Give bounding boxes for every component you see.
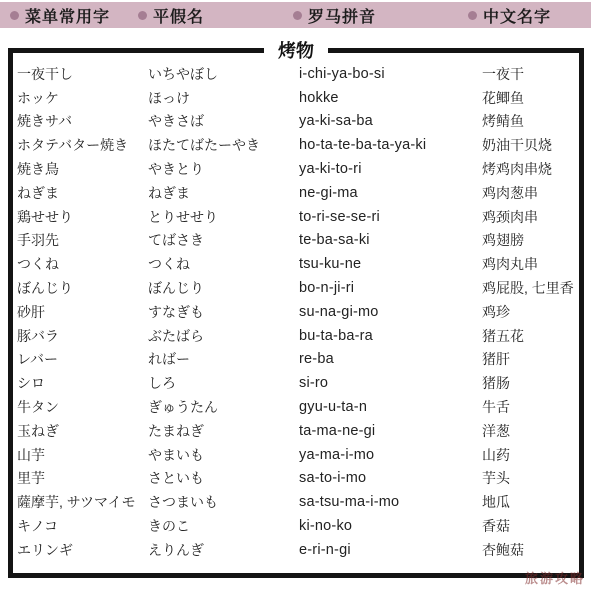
table-row: 豚バラ ぶたばら bu-ta-ba-ra 猪五花 — [17, 324, 579, 348]
cell-chinese: 鸡肉葱串 — [482, 183, 579, 203]
table-row: 焼きサバ やきさば ya-ki-sa-ba 烤鲭鱼 — [17, 110, 579, 134]
cell-hiragana: えりんぎ — [148, 540, 299, 560]
legend-bullet-icon — [293, 11, 302, 20]
table-row: キノコ きのこ ki-no-ko 香菇 — [17, 514, 579, 538]
cell-hiragana: ればー — [148, 349, 299, 369]
cell-chinese: 芋头 — [482, 468, 579, 488]
cell-hiragana: ねぎま — [148, 183, 299, 203]
legend-bullet-icon — [138, 11, 147, 20]
cell-hiragana: いちやぼし — [148, 64, 299, 84]
cell-chinese: 牛舌 — [482, 397, 579, 417]
cell-hiragana: さつまいも — [148, 492, 299, 512]
cell-romaji: re-ba — [299, 351, 482, 367]
cell-chinese: 烤鸡肉串烧 — [482, 159, 579, 179]
cell-hiragana: しろ — [148, 373, 299, 393]
cell-japanese: ホタテバター焼き — [17, 135, 148, 155]
cell-hiragana: たまねぎ — [148, 421, 299, 441]
cell-chinese: 鸡肉丸串 — [482, 254, 579, 274]
table-row: 鶏せせり とりせせり to-ri-se-se-ri 鸡颈肉串 — [17, 205, 579, 229]
table-row: 手羽先 てばさき te-ba-sa-ki 鸡翅膀 — [17, 229, 579, 253]
cell-japanese: 手羽先 — [17, 230, 148, 250]
cell-japanese: シロ — [17, 373, 148, 393]
cell-hiragana: ほっけ — [148, 88, 299, 108]
table-row: つくね つくね tsu-ku-ne 鸡肉丸串 — [17, 252, 579, 276]
cell-hiragana: ぶたばら — [148, 326, 299, 346]
page: 菜单常用字 平假名 罗马拼音 中文名字 烤物 一夜干し いちやぼし i-chi-… — [0, 0, 591, 589]
cell-chinese: 奶油干贝烧 — [482, 135, 579, 155]
legend-item-jp-word: 菜单常用字 — [10, 2, 110, 28]
cell-japanese: 山芋 — [17, 445, 148, 465]
table-row: 玉ねぎ たまねぎ ta-ma-ne-gi 洋葱 — [17, 419, 579, 443]
table-row: シロ しろ si-ro 猪肠 — [17, 371, 579, 395]
cell-romaji: sa-tsu-ma-i-mo — [299, 494, 482, 510]
cell-romaji: ya-ma-i-mo — [299, 447, 482, 463]
cell-japanese: 焼きサバ — [17, 111, 148, 131]
cell-hiragana: さといも — [148, 468, 299, 488]
cell-romaji: hokke — [299, 90, 482, 106]
legend-label: 罗马拼音 — [308, 4, 376, 27]
legend-item-hiragana: 平假名 — [138, 2, 204, 28]
cell-japanese: 薩摩芋, サツマイモ — [17, 492, 148, 512]
cell-japanese: ホッケ — [17, 88, 148, 108]
legend-label: 中文名字 — [483, 4, 551, 27]
cell-romaji: si-ro — [299, 375, 482, 391]
cell-chinese: 鸡珍 — [482, 302, 579, 322]
cell-romaji: bu-ta-ba-ra — [299, 328, 482, 344]
cell-chinese: 鸡屁股, 七里香 — [482, 278, 579, 298]
cell-chinese: 猪五花 — [482, 326, 579, 346]
cell-romaji: ya-ki-to-ri — [299, 161, 482, 177]
table-row: 砂肝 すなぎも su-na-gi-mo 鸡珍 — [17, 300, 579, 324]
grilled-items-box: 烤物 一夜干し いちやぼし i-chi-ya-bo-si 一夜干 ホッケ ほっけ… — [8, 48, 584, 578]
table-row: レバー ればー re-ba 猪肝 — [17, 348, 579, 372]
cell-romaji: te-ba-sa-ki — [299, 232, 482, 248]
cell-romaji: ya-ki-sa-ba — [299, 113, 482, 129]
cell-chinese: 洋葱 — [482, 421, 579, 441]
table-row: ぼんじり ぼんじり bo-n-ji-ri 鸡屁股, 七里香 — [17, 276, 579, 300]
cell-romaji: i-chi-ya-bo-si — [299, 66, 482, 82]
cell-japanese: レバー — [17, 349, 148, 369]
cell-hiragana: やきさば — [148, 111, 299, 131]
cell-chinese: 猪肝 — [482, 349, 579, 369]
cell-hiragana: とりせせり — [148, 207, 299, 227]
cell-hiragana: ぼんじり — [148, 278, 299, 298]
cell-romaji: ne-gi-ma — [299, 185, 482, 201]
cell-hiragana: やまいも — [148, 445, 299, 465]
cell-chinese: 烤鲭鱼 — [482, 111, 579, 131]
table-row: 一夜干し いちやぼし i-chi-ya-bo-si 一夜干 — [17, 62, 579, 86]
cell-japanese: 豚バラ — [17, 326, 148, 346]
cell-japanese: 里芋 — [17, 468, 148, 488]
cell-chinese: 鸡翅膀 — [482, 230, 579, 250]
table-row: 焼き鳥 やきとり ya-ki-to-ri 烤鸡肉串烧 — [17, 157, 579, 181]
cell-japanese: キノコ — [17, 516, 148, 536]
cell-japanese: ぼんじり — [17, 278, 148, 298]
cell-chinese: 杏鲍菇 — [482, 540, 579, 560]
cell-romaji: ki-no-ko — [299, 518, 482, 534]
cell-hiragana: ぎゅうたん — [148, 397, 299, 417]
cell-japanese: 砂肝 — [17, 302, 148, 322]
cell-hiragana: やきとり — [148, 159, 299, 179]
cell-hiragana: つくね — [148, 254, 299, 274]
cell-romaji: ta-ma-ne-gi — [299, 423, 482, 439]
cell-japanese: 焼き鳥 — [17, 159, 148, 179]
table-row: ホッケ ほっけ hokke 花鲫鱼 — [17, 86, 579, 110]
table-row: 牛タン ぎゅうたん gyu-u-ta-n 牛舌 — [17, 395, 579, 419]
cell-romaji: bo-n-ji-ri — [299, 280, 482, 296]
cell-japanese: 玉ねぎ — [17, 421, 148, 441]
cell-japanese: エリンギ — [17, 540, 148, 560]
table-row: 里芋 さといも sa-to-i-mo 芋头 — [17, 467, 579, 491]
cell-romaji: su-na-gi-mo — [299, 304, 482, 320]
cell-chinese: 花鲫鱼 — [482, 88, 579, 108]
legend-bullet-icon — [10, 11, 19, 20]
table-row: エリンギ えりんぎ e-ri-n-gi 杏鲍菇 — [17, 538, 579, 562]
cell-chinese: 一夜干 — [482, 64, 579, 84]
cell-japanese: 一夜干し — [17, 64, 148, 84]
table-row: ねぎま ねぎま ne-gi-ma 鸡肉葱串 — [17, 181, 579, 205]
cell-hiragana: ほたてばたーやき — [148, 135, 299, 155]
legend-bar: 菜单常用字 平假名 罗马拼音 中文名字 — [0, 2, 591, 28]
legend-item-romaji: 罗马拼音 — [293, 2, 376, 28]
cell-chinese: 鸡颈肉串 — [482, 207, 579, 227]
cell-japanese: ねぎま — [17, 183, 148, 203]
table-row: 山芋 やまいも ya-ma-i-mo 山药 — [17, 443, 579, 467]
cell-japanese: つくね — [17, 254, 148, 274]
cell-romaji: e-ri-n-gi — [299, 542, 482, 558]
table-row: 薩摩芋, サツマイモ さつまいも sa-tsu-ma-i-mo 地瓜 — [17, 490, 579, 514]
cell-romaji: to-ri-se-se-ri — [299, 209, 482, 225]
watermark: 旅游攻略 — [525, 568, 585, 587]
legend-item-chinese-name: 中文名字 — [468, 2, 551, 28]
cell-hiragana: てばさき — [148, 230, 299, 250]
table-body: 一夜干し いちやぼし i-chi-ya-bo-si 一夜干 ホッケ ほっけ ho… — [13, 53, 579, 562]
cell-romaji: gyu-u-ta-n — [299, 399, 482, 415]
legend-bullet-icon — [468, 11, 477, 20]
cell-hiragana: すなぎも — [148, 302, 299, 322]
legend-label: 菜单常用字 — [25, 4, 110, 27]
cell-hiragana: きのこ — [148, 516, 299, 536]
cell-japanese: 鶏せせり — [17, 207, 148, 227]
table-row: ホタテバター焼き ほたてばたーやき ho-ta-te-ba-ta-ya-ki 奶… — [17, 133, 579, 157]
cell-romaji: tsu-ku-ne — [299, 256, 482, 272]
cell-romaji: ho-ta-te-ba-ta-ya-ki — [299, 137, 482, 153]
cell-chinese: 香菇 — [482, 516, 579, 536]
cell-chinese: 地瓜 — [482, 492, 579, 512]
cell-chinese: 山药 — [482, 445, 579, 465]
cell-romaji: sa-to-i-mo — [299, 470, 482, 486]
legend-label: 平假名 — [153, 4, 204, 27]
cell-chinese: 猪肠 — [482, 373, 579, 393]
cell-japanese: 牛タン — [17, 397, 148, 417]
